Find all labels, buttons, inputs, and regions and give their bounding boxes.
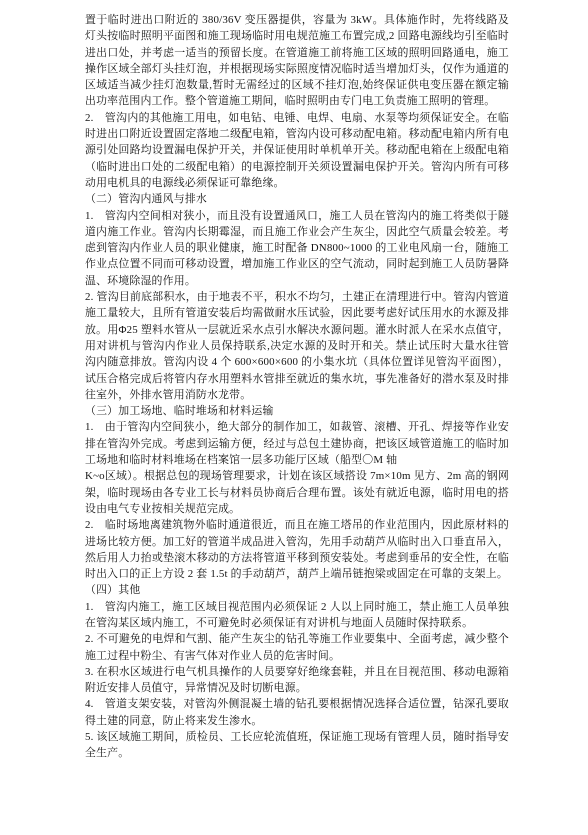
paragraph: 2. 不可避免的电焊和气割、能产生灰尘的钻孔等施工作业要集中、全面考虑，减少整个… (85, 631, 509, 664)
section-heading: （二）管沟内通风与排水 (85, 191, 509, 207)
section-heading: （四）其他 (85, 582, 509, 598)
paragraph: 3. 在积水区域进行电气机具操作的人员要穿好绝缘套鞋，并且在目视范围、移动电源箱… (85, 664, 509, 697)
section-heading: （三）加工场地、临时堆场和材料运输 (85, 403, 509, 419)
paragraph: 2. 管沟内的其他施工用电，如电钻、电锤、电焊、电扇、水泵等均须保证安全。在临时… (85, 110, 509, 191)
paragraph: 2. 临时场地离建筑物外临时通道很近，而且在施工塔吊的作业范围内，因此原材料的进… (85, 517, 509, 582)
paragraph: 4. 管道支架安装，对管沟外侧混凝土墙的钻孔要根据情况选择合适位置，钻深孔要取得… (85, 696, 509, 729)
document-page: 置于临时进出口附近的 380/36V 变压器提供，容量为 3kW。具体施作时，先… (0, 0, 588, 835)
paragraph: 置于临时进出口附近的 380/36V 变压器提供，容量为 3kW。具体施作时，先… (85, 12, 509, 110)
document-body: 置于临时进出口附近的 380/36V 变压器提供，容量为 3kW。具体施作时，先… (85, 12, 509, 762)
paragraph: 1. 管沟内施工，施工区域目视范围内必须保证 2 人以上同时施工，禁止施工人员单… (85, 599, 509, 632)
paragraph: 2. 管沟目前底部积水，由于地表不平，积水不均匀，土建正在清理进行中。管沟内管道… (85, 289, 509, 403)
paragraph: 5. 该区域施工期间，质检员、工长应轮流值班，保证施工现场有管理人员，随时指导安… (85, 729, 509, 762)
paragraph: 1. 管沟内空间相对狭小，而且没有设置通风口，施工人员在管沟内的施工将类似于隧道… (85, 208, 509, 289)
paragraph: 1. 由于管沟内空间狭小，绝大部分的制作加工，如裁管、滚槽、开孔、焊接等作业安排… (85, 419, 509, 517)
